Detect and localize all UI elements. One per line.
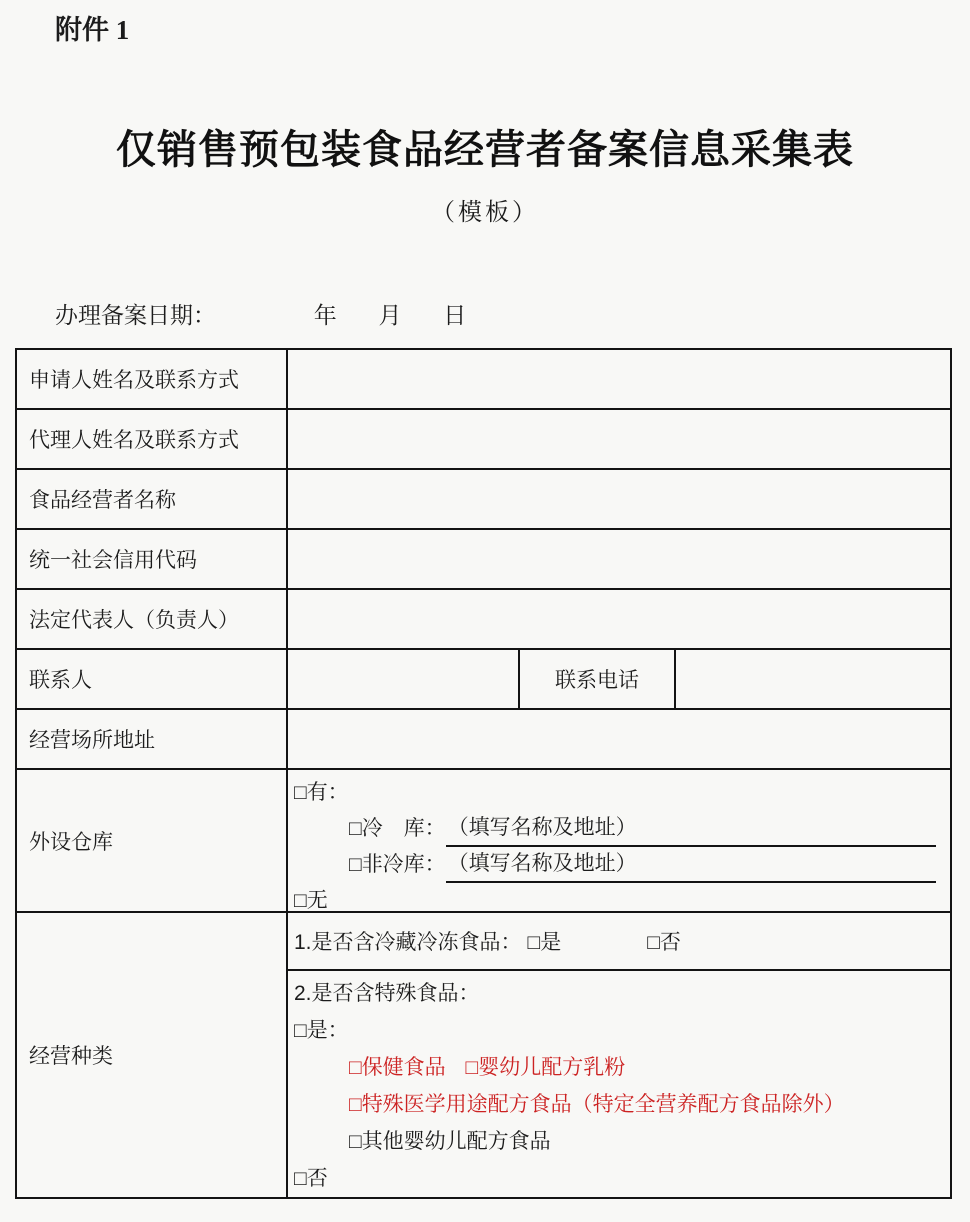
page-subtitle: （模板） — [0, 192, 970, 227]
checkbox-noncold-storage-icon[interactable]: □ — [349, 847, 362, 883]
applicant-input-cell[interactable] — [288, 350, 950, 408]
operator-name-label: 食品经营者名称 — [17, 470, 288, 528]
warehouse-none-label: 无 — [307, 889, 328, 912]
legal-rep-label: 法定代表人（负责人） — [17, 590, 288, 648]
checkbox-medical-formula-food-icon[interactable]: □ — [349, 1093, 362, 1116]
noncold-storage-label: 非冷库： — [362, 847, 446, 883]
special-food-line-2: □特殊医学用途配方食品（特定全营养配方食品除外） — [349, 1086, 942, 1123]
filing-date-line: 办理备案日期： 年 月 日 — [55, 297, 466, 330]
checkbox-warehouse-none-icon[interactable]: □ — [294, 889, 307, 912]
operator-name-input-cell[interactable] — [288, 470, 950, 528]
special-food-line-1: □保健食品 □婴幼儿配方乳粉 — [349, 1049, 942, 1086]
cold-storage-hint: （填写名称及地址） — [448, 816, 637, 839]
contact-phone-input-cell[interactable] — [676, 650, 950, 708]
registration-form-table: 申请人姓名及联系方式 代理人姓名及联系方式 食品经营者名称 统一社会信用代码 法… — [15, 348, 952, 1199]
checkbox-q1-no-icon[interactable]: □ — [647, 931, 660, 954]
cold-storage-label: 冷 库： — [362, 811, 446, 847]
warehouse-options-cell: □有： □冷 库： （填写名称及地址） □非冷库： （填写名称及地址） □无 — [288, 770, 950, 911]
contact-name-input-cell[interactable] — [288, 650, 520, 708]
checkbox-q2-yes-icon[interactable]: □ — [294, 1019, 307, 1042]
warehouse-has-label: 有： — [307, 781, 349, 804]
checkbox-warehouse-has-icon[interactable]: □ — [294, 781, 307, 804]
agent-label: 代理人姓名及联系方式 — [17, 410, 288, 468]
warehouse-option-cold: □冷 库： （填写名称及地址） — [349, 811, 940, 847]
medical-formula-food-label: 特殊医学用途配方食品（特定全营养配方食品除外） — [362, 1093, 845, 1116]
contact-name-label: 联系人 — [17, 650, 288, 708]
attachment-label: 附件 1 — [55, 8, 129, 47]
filing-date-label: 办理备案日期： — [55, 303, 216, 328]
category-options-cell: 1.是否含冷藏冷冻食品： □是 □否 2.是否含特殊食品： □是： □保健食品 … — [288, 913, 950, 1197]
agent-input-cell[interactable] — [288, 410, 950, 468]
checkbox-other-infant-food[interactable]: □其他婴幼儿配方食品 — [349, 1130, 551, 1153]
address-label: 经营场所地址 — [17, 710, 288, 768]
q1-no-label: 否 — [660, 931, 681, 954]
warehouse-option-noncold: □非冷库： （填写名称及地址） — [349, 847, 940, 883]
warehouse-option-has[interactable]: □有： — [294, 775, 940, 811]
noncold-storage-hint: （填写名称及地址） — [448, 852, 637, 875]
table-row-category: 经营种类 1.是否含冷藏冷冻食品： □是 □否 2.是否含特殊食品： □是： □… — [17, 913, 950, 1197]
checkbox-infant-formula-milk[interactable]: □婴幼儿配方乳粉 — [466, 1056, 626, 1079]
noncold-storage-fill-blank[interactable]: （填写名称及地址） — [446, 847, 936, 883]
checkbox-q2-no[interactable]: □否 — [294, 1160, 942, 1197]
q2-text: 2.是否含特殊食品： — [294, 975, 942, 1012]
checkbox-health-food[interactable]: □保健食品 — [349, 1056, 446, 1079]
q2-yes-label: 是： — [307, 1019, 349, 1042]
other-infant-food-label: 其他婴幼儿配方食品 — [362, 1130, 551, 1153]
credit-code-label: 统一社会信用代码 — [17, 530, 288, 588]
table-row-warehouse: 外设仓库 □有： □冷 库： （填写名称及地址） □非冷库： （填写名称及地址）… — [17, 770, 950, 913]
checkbox-q1-no[interactable]: □否 — [647, 926, 681, 956]
warehouse-label: 外设仓库 — [17, 770, 288, 911]
legal-rep-input-cell[interactable] — [288, 590, 950, 648]
checkbox-q1-yes-icon[interactable]: □ — [528, 931, 541, 954]
cold-storage-fill-blank[interactable]: （填写名称及地址） — [446, 811, 936, 847]
table-row-operator-name: 食品经营者名称 — [17, 470, 950, 530]
applicant-label: 申请人姓名及联系方式 — [17, 350, 288, 408]
q2-no-label: 否 — [307, 1167, 328, 1190]
q1-text: 1.是否含冷藏冷冻食品： — [294, 926, 522, 956]
checkbox-medical-formula-food[interactable]: □特殊医学用途配方食品（特定全营养配方食品除外） — [349, 1093, 845, 1116]
category-label: 经营种类 — [17, 913, 288, 1197]
category-question-1: 1.是否含冷藏冷冻食品： □是 □否 — [288, 913, 950, 971]
health-food-label: 保健食品 — [362, 1056, 446, 1079]
contact-phone-label: 联系电话 — [520, 650, 676, 708]
infant-formula-milk-label: 婴幼儿配方乳粉 — [478, 1056, 625, 1079]
month-label: 月 — [379, 303, 402, 328]
table-row-contact: 联系人 联系电话 — [17, 650, 950, 710]
address-input-cell[interactable] — [288, 710, 950, 768]
table-row-address: 经营场所地址 — [17, 710, 950, 770]
special-food-line-3: □其他婴幼儿配方食品 — [349, 1123, 942, 1160]
checkbox-health-food-icon[interactable]: □ — [349, 1056, 362, 1079]
category-question-2: 2.是否含特殊食品： □是： □保健食品 □婴幼儿配方乳粉 □特殊医学用途配方食… — [288, 971, 950, 1197]
page-title: 仅销售预包装食品经营者备案信息采集表 — [0, 118, 970, 175]
checkbox-q2-no-icon[interactable]: □ — [294, 1167, 307, 1190]
table-row-agent: 代理人姓名及联系方式 — [17, 410, 950, 470]
day-label: 日 — [443, 303, 466, 328]
table-row-credit-code: 统一社会信用代码 — [17, 530, 950, 590]
checkbox-cold-storage-icon[interactable]: □ — [349, 811, 362, 847]
checkbox-infant-formula-milk-icon[interactable]: □ — [466, 1056, 479, 1079]
table-row-legal-rep: 法定代表人（负责人） — [17, 590, 950, 650]
q1-yes-label: 是 — [540, 931, 561, 954]
checkbox-other-infant-food-icon[interactable]: □ — [349, 1130, 362, 1153]
checkbox-q1-yes[interactable]: □是 — [528, 926, 562, 956]
credit-code-input-cell[interactable] — [288, 530, 950, 588]
table-row-applicant: 申请人姓名及联系方式 — [17, 350, 950, 410]
checkbox-q2-yes[interactable]: □是： — [294, 1012, 942, 1049]
year-label: 年 — [314, 303, 337, 328]
